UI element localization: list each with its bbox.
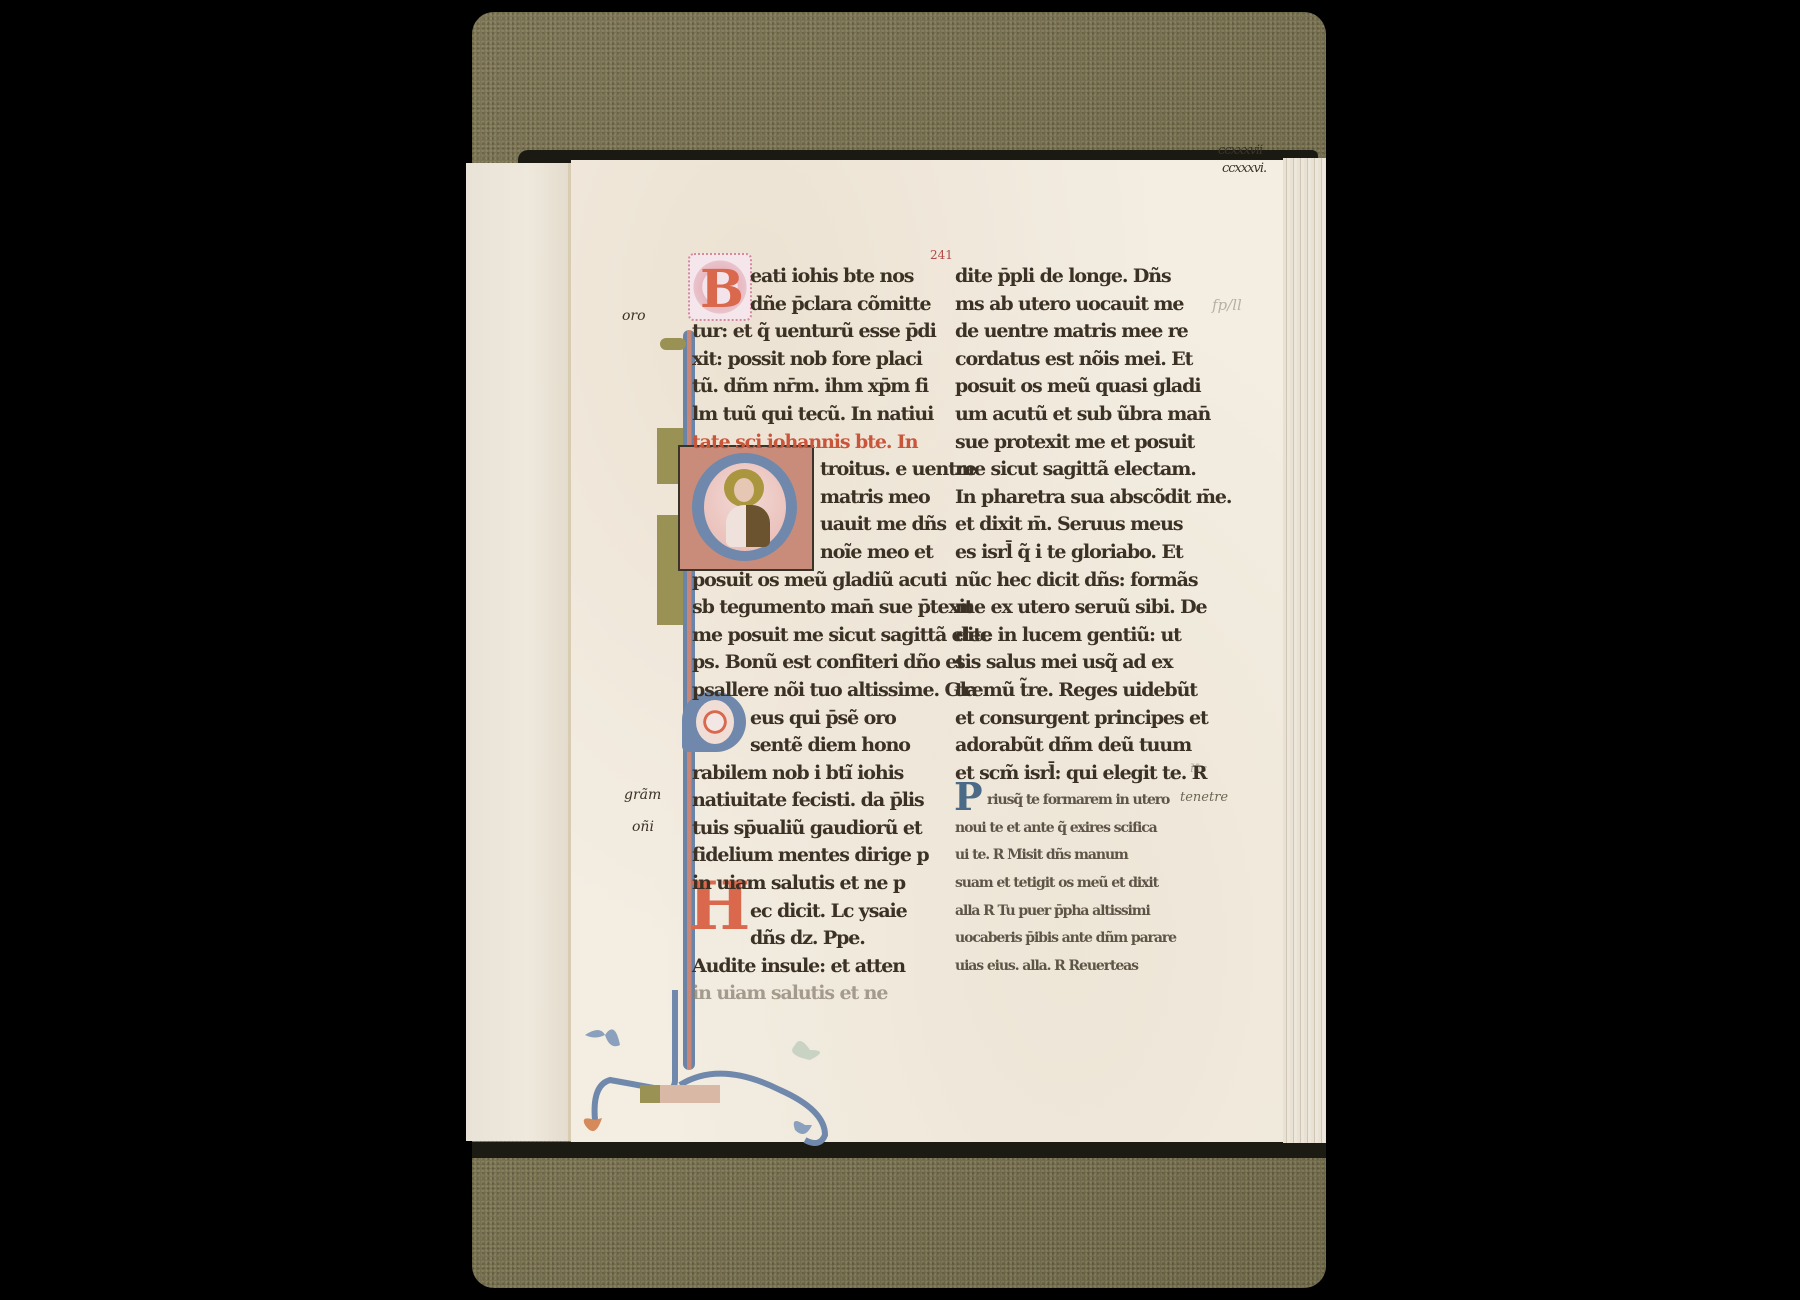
text-line: sb tegumento man̄ sue p̄texit: [692, 594, 922, 622]
margin-note-omnia: oñi: [632, 819, 654, 835]
margin-note-correction: tenetre: [1180, 790, 1228, 805]
text-line: xit: possit nob fore placi: [692, 346, 922, 374]
margin-note-oro: oro: [622, 308, 646, 324]
text-line: dite p̄pli de longe. Dñs: [955, 263, 1185, 291]
text-line: dñs dz. Ppe.: [692, 925, 922, 953]
text-line: sis salus mei usq̃ ad ex: [955, 649, 1185, 677]
folio-mark-top: ccxxxvii: [1218, 143, 1262, 158]
text-line: posuit os meũ gladiũ acuti: [692, 567, 922, 595]
text-line: fidelium mentes dirige p: [692, 842, 922, 870]
text-line: tremũ t̃re. Reges uidebũt: [955, 677, 1185, 705]
text-line: dñe p̄clara cõmitte: [692, 291, 922, 319]
text-line: cordatus est nõis mei. Et: [955, 346, 1185, 374]
text-line: um acutũ et sub ũbra man̄: [955, 401, 1185, 429]
text-line: Audite insule: et atten: [692, 953, 922, 981]
text-line: posuit os meũ quasi gladi: [955, 373, 1185, 401]
text-line: adorabũt dñm deũ tuum: [955, 732, 1185, 760]
page-edges-stack: [1283, 158, 1326, 1143]
margin-note-faint: fp/ll: [1212, 296, 1242, 314]
text-line: me posuit me sicut sagittã elec: [692, 622, 922, 650]
text-line: in uiam salutis et ne p: [692, 870, 922, 898]
text-line: ec dicit. Lc ysaie: [692, 898, 922, 926]
text-line: ms ab utero uocauit me: [955, 291, 1185, 319]
text-line: noĩe meo et: [692, 539, 922, 567]
text-line: troitus. e uentre: [692, 456, 922, 484]
text-line: tũ. dñm nr̄m. ihm xp̄m fi: [692, 373, 922, 401]
margin-note-graduale: grãm: [624, 787, 661, 803]
text-line: eati iohis bte nos: [692, 263, 922, 291]
page-number: 241: [930, 248, 953, 262]
text-line: uauit me dñs: [692, 511, 922, 539]
text-line: dite in lucem gentiũ: ut: [955, 622, 1185, 650]
text-line: me ex utero seruũ sibi. De: [955, 594, 1185, 622]
text-line: rabilem nob i btĩ iohis: [692, 760, 922, 788]
text-line: uias eius. alla. R Reuerteas: [955, 953, 1185, 981]
text-line: alla R Tu puer p̄pha altissimi: [955, 898, 1185, 926]
text-line: noui te et ante q̃ exires scifica: [955, 815, 1185, 843]
text-line: et dixit m̄. Seruus meus: [955, 511, 1185, 539]
text-line: sue protexit me et posuit: [955, 429, 1185, 457]
text-line: ui te. R Misit dñs manum: [955, 842, 1185, 870]
gold-leaf-decoration: [660, 338, 686, 350]
text-line: et consurgent principes et: [955, 705, 1185, 733]
text-line: suam et tetigit os meũ et dixit: [955, 870, 1185, 898]
text-line: uocaberis p̄ibis ante dñm parare: [955, 925, 1185, 953]
text-line: lm tuũ qui tecũ. In natiui: [692, 401, 922, 429]
text-line: ps. Bonũ est confiteri dño et: [692, 649, 922, 677]
text-line: matris meo: [692, 484, 922, 512]
text-line: tur: et q̃ uenturũ esse p̄di: [692, 318, 922, 346]
text-line: psallere nõi tuo altissime. Gla: [692, 677, 922, 705]
rubric-line: tate sci iohannis bte. In: [692, 429, 922, 457]
text-line: tuis sp̄ualiũ gaudiorũ et: [692, 815, 922, 843]
folio-number: ccxxxvi.: [1222, 161, 1266, 176]
text-line: me sicut sagittã electam.: [955, 456, 1185, 484]
text-line: es isrl̄ q̃ i te gloriabo. Et: [955, 539, 1185, 567]
left-text-column: eati iohis bte nos dñe p̄clara cõmitte t…: [692, 263, 922, 1008]
right-text-column: dite p̄pli de longe. Dñs ms ab utero uoc…: [955, 263, 1185, 980]
text-line: de uentre matris mee re: [955, 318, 1185, 346]
text-line: eus qui p̄sẽ oro: [692, 705, 922, 733]
text-line: nũc hec dicit dñs: formãs: [955, 567, 1185, 595]
text-line: et scm̃ isrl̄: qui elegit te. R: [955, 760, 1185, 788]
text-line: In pharetra sua abscõdit m̄e.: [955, 484, 1185, 512]
vine-scroll-decoration: [580, 990, 860, 1150]
text-line: natiuitate fecisti. da p̄lis: [692, 787, 922, 815]
verso-page-edge: [466, 163, 569, 1141]
text-line: sentẽ diem hono: [692, 732, 922, 760]
text-line: riusq̃ te formarem in utero: [955, 787, 1185, 815]
